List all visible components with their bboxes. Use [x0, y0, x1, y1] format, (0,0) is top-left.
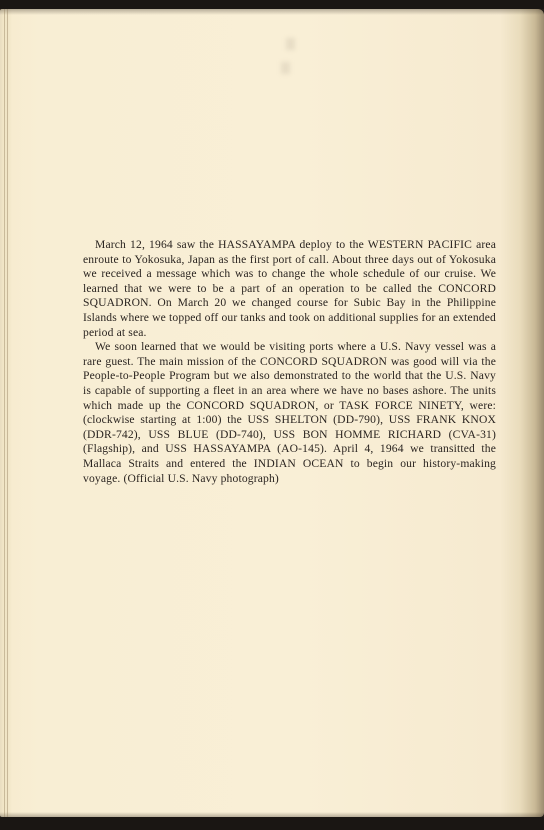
paragraph-1: March 12, 1964 saw the HASSAYAMPA deploy… — [83, 238, 496, 340]
caption-text: March 12, 1964 saw the HASSAYAMPA deploy… — [83, 238, 496, 486]
page-edge-line — [4, 9, 5, 817]
paper-smudge — [286, 38, 295, 50]
paper-smudge — [281, 62, 290, 74]
paragraph-2: We soon learned that we would be visitin… — [83, 340, 496, 486]
page-edge-line — [7, 9, 8, 817]
